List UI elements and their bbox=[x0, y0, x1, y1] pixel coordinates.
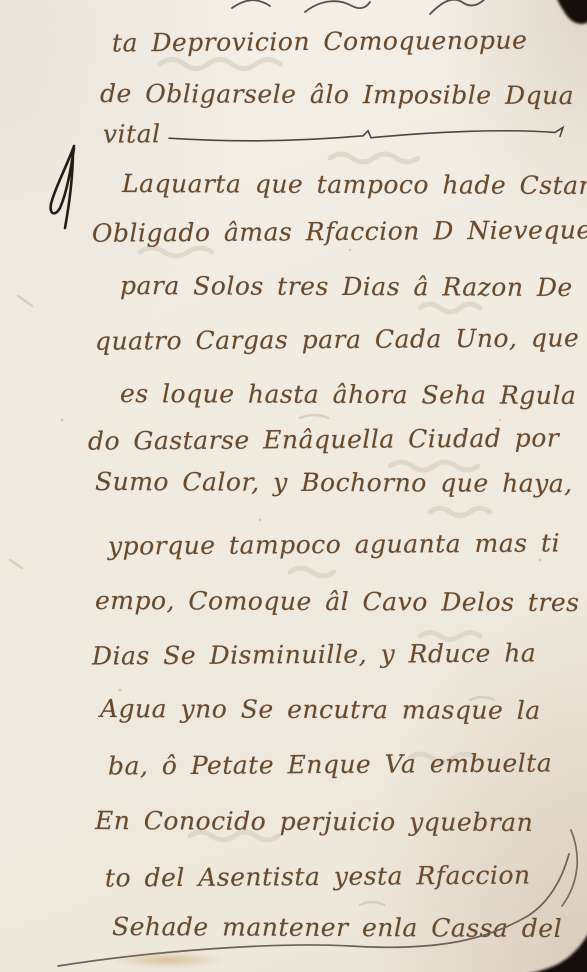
manuscript-line: Sumo Calor, y Bochorno que haya, bbox=[95, 466, 573, 500]
manuscript-line: empo, Comoque âl Cavo Delos tres bbox=[95, 585, 580, 619]
manuscript-page: ta Deprovicion Comoquenopue de Obligarse… bbox=[0, 0, 587, 972]
manuscript-line-text: vital bbox=[103, 119, 161, 148]
manuscript-line: Dias Se Disminuille, y Rduce ha bbox=[92, 637, 537, 672]
manuscript-line: vital bbox=[103, 115, 567, 150]
margin-mark bbox=[44, 142, 80, 234]
manuscript-line: es loque hasta âhora Seha Rgula bbox=[120, 378, 576, 412]
manuscript-line: ba, ô Petate Enque Va embuelta bbox=[108, 747, 552, 782]
manuscript-line: Obligado âmas Rfaccion D Nieveque bbox=[92, 214, 587, 249]
manuscript-line: to del Asentista yesta Rfaccion bbox=[105, 860, 531, 895]
manuscript-line: Laquarta que tampoco hade Cstar bbox=[122, 168, 587, 202]
bottom-smudge bbox=[112, 952, 224, 968]
manuscript-line: yporque tampoco aguanta mas ti bbox=[108, 527, 560, 562]
manuscript-line: Agua yno Se encutra masque la bbox=[100, 693, 541, 727]
manuscript-line: ta Deprovicion Comoquenopue bbox=[112, 25, 528, 60]
flourish-rule bbox=[167, 124, 567, 145]
manuscript-line: para Solos tres Dias â Razon De bbox=[120, 270, 573, 304]
manuscript-line: do Gastarse Enâquella Ciudad por bbox=[88, 422, 559, 457]
manuscript-text-block: ta Deprovicion Comoquenopue de Obligarse… bbox=[0, 0, 587, 972]
manuscript-line: de Obligarsele âlo Imposible Dqua bbox=[100, 78, 574, 112]
manuscript-line: En Conocido perjuicio yquebran bbox=[95, 805, 533, 839]
manuscript-line: quatro Cargas para Cada Uno, que bbox=[95, 322, 580, 357]
manuscript-line: Sehade mantener enla Cassa del bbox=[112, 911, 562, 945]
